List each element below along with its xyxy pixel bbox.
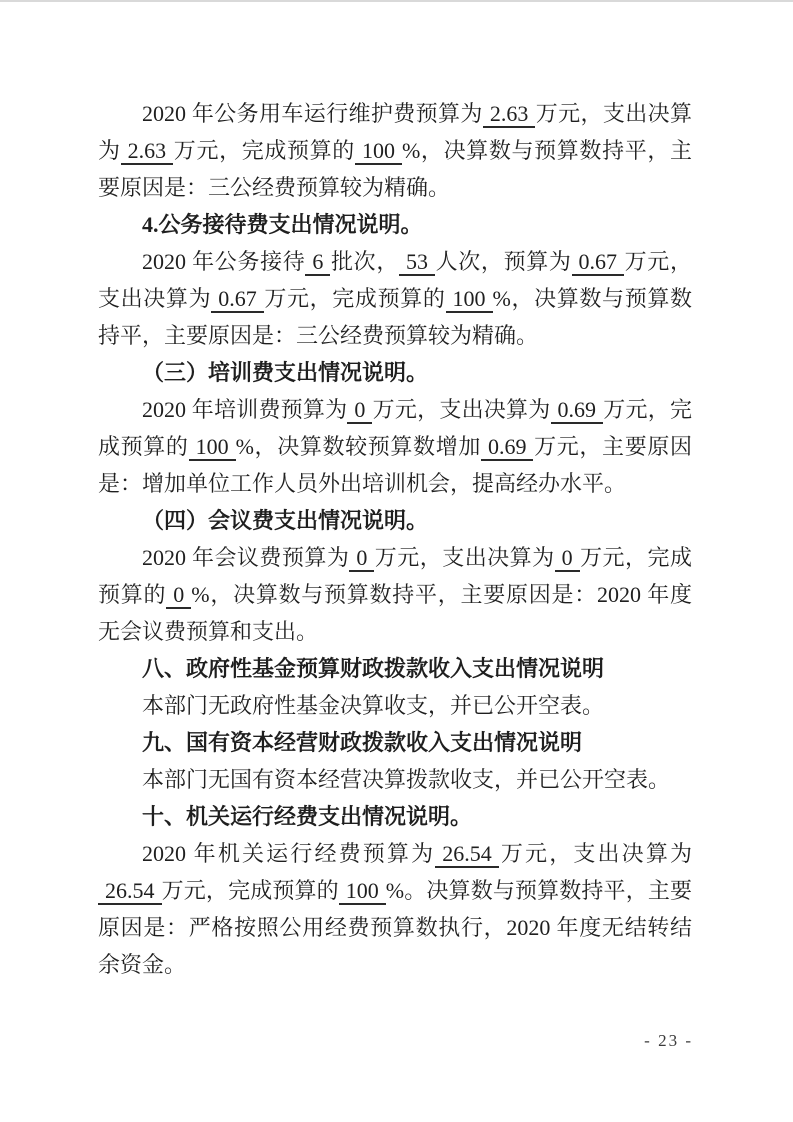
underlined-value: 0 [555,545,580,572]
underlined-value: 0.69 [551,397,604,424]
section-heading: 九、国有资本经营财政拨款收入支出情况说明 [98,724,692,761]
paragraph: 本部门无国有资本经营决算拨款收支，并已公开空表。 [98,761,692,798]
text-run: 万元，完成预算的 [162,878,339,903]
document-body: 2020 年公务用车运行维护费预算为2.63万元，支出决算为2.63万元，完成预… [98,95,692,983]
paragraph: 2020 年公务接待6批次，53人次，预算为0.67万元，支出决算为0.67万元… [98,243,692,354]
text-run: 2020 年公务接待 [142,249,305,274]
text-run: 九、国有资本经营财政拨款收入支出情况说明 [142,730,582,755]
underlined-value: 53 [399,249,435,276]
text-run: （三）培训费支出情况说明。 [142,360,428,385]
underlined-value: 100 [355,138,402,165]
underlined-value: 0.67 [211,286,264,313]
section-heading: 八、政府性基金预算财政拨款收入支出情况说明 [98,650,692,687]
underlined-value: 100 [339,878,386,905]
paragraph: 2020 年会议费预算为0万元，支出决算为0万元，完成预算的0%，决算数与预算数… [98,539,692,650]
underlined-value: 26.54 [98,878,162,905]
text-run: 万元，支出决算为 [499,841,692,866]
section-heading: （三）培训费支出情况说明。 [98,354,692,391]
text-run: （四）会议费支出情况说明。 [142,508,428,533]
section-heading: 十、机关运行经费支出情况说明。 [98,798,692,835]
section-heading: （四）会议费支出情况说明。 [98,502,692,539]
text-run: 2020 年公务用车运行维护费预算为 [142,101,483,126]
text-run: 八、政府性基金预算财政拨款收入支出情况说明 [142,656,604,681]
text-run: 十、机关运行经费支出情况说明。 [142,804,472,829]
paragraph: 本部门无政府性基金决算收支，并已公开空表。 [98,687,692,724]
text-run: 万元，支出决算为 [372,397,550,422]
underlined-value: 26.54 [435,841,499,868]
underlined-value: 0.69 [481,434,534,461]
text-run: 2020 年机关运行经费预算为 [142,841,435,866]
text-run: %，决算数较预算数增加 [236,434,481,459]
underlined-value: 6 [305,249,330,276]
text-run: 万元，支出决算为 [374,545,554,570]
text-run: 人次，预算为 [435,249,572,274]
text-run: 批次， [330,249,399,274]
underlined-value: 0 [166,582,191,609]
text-run: 本部门无政府性基金决算收支，并已公开空表。 [142,693,604,718]
paragraph: 2020 年机关运行经费预算为26.54万元，支出决算为26.54万元，完成预算… [98,835,692,983]
underlined-value: 100 [189,434,236,461]
underlined-value: 0.67 [572,249,625,276]
scan-edge-top [0,0,793,2]
text-run: 万元，完成预算的 [264,286,446,311]
paragraph: 2020 年培训费预算为0万元，支出决算为0.69万元，完成预算的100%，决算… [98,391,692,502]
underlined-value: 2.63 [483,101,536,128]
page-number: - 23 - [644,1030,693,1052]
document-page: 2020 年公务用车运行维护费预算为2.63万元，支出决算为2.63万元，完成预… [0,0,793,1122]
underlined-value: 100 [446,286,493,313]
underlined-value: 0 [349,545,374,572]
text-run: 万元，完成预算的 [173,138,355,163]
text-run: 4.公务接待费支出情况说明。 [142,212,423,237]
section-heading: 4.公务接待费支出情况说明。 [98,206,692,243]
underlined-value: 0 [347,397,372,424]
text-run: 2020 年培训费预算为 [142,397,347,422]
paragraph: 2020 年公务用车运行维护费预算为2.63万元，支出决算为2.63万元，完成预… [98,95,692,206]
text-run: 2020 年会议费预算为 [142,545,349,570]
text-run: 本部门无国有资本经营决算拨款收支，并已公开空表。 [142,767,670,792]
underlined-value: 2.63 [121,138,174,165]
